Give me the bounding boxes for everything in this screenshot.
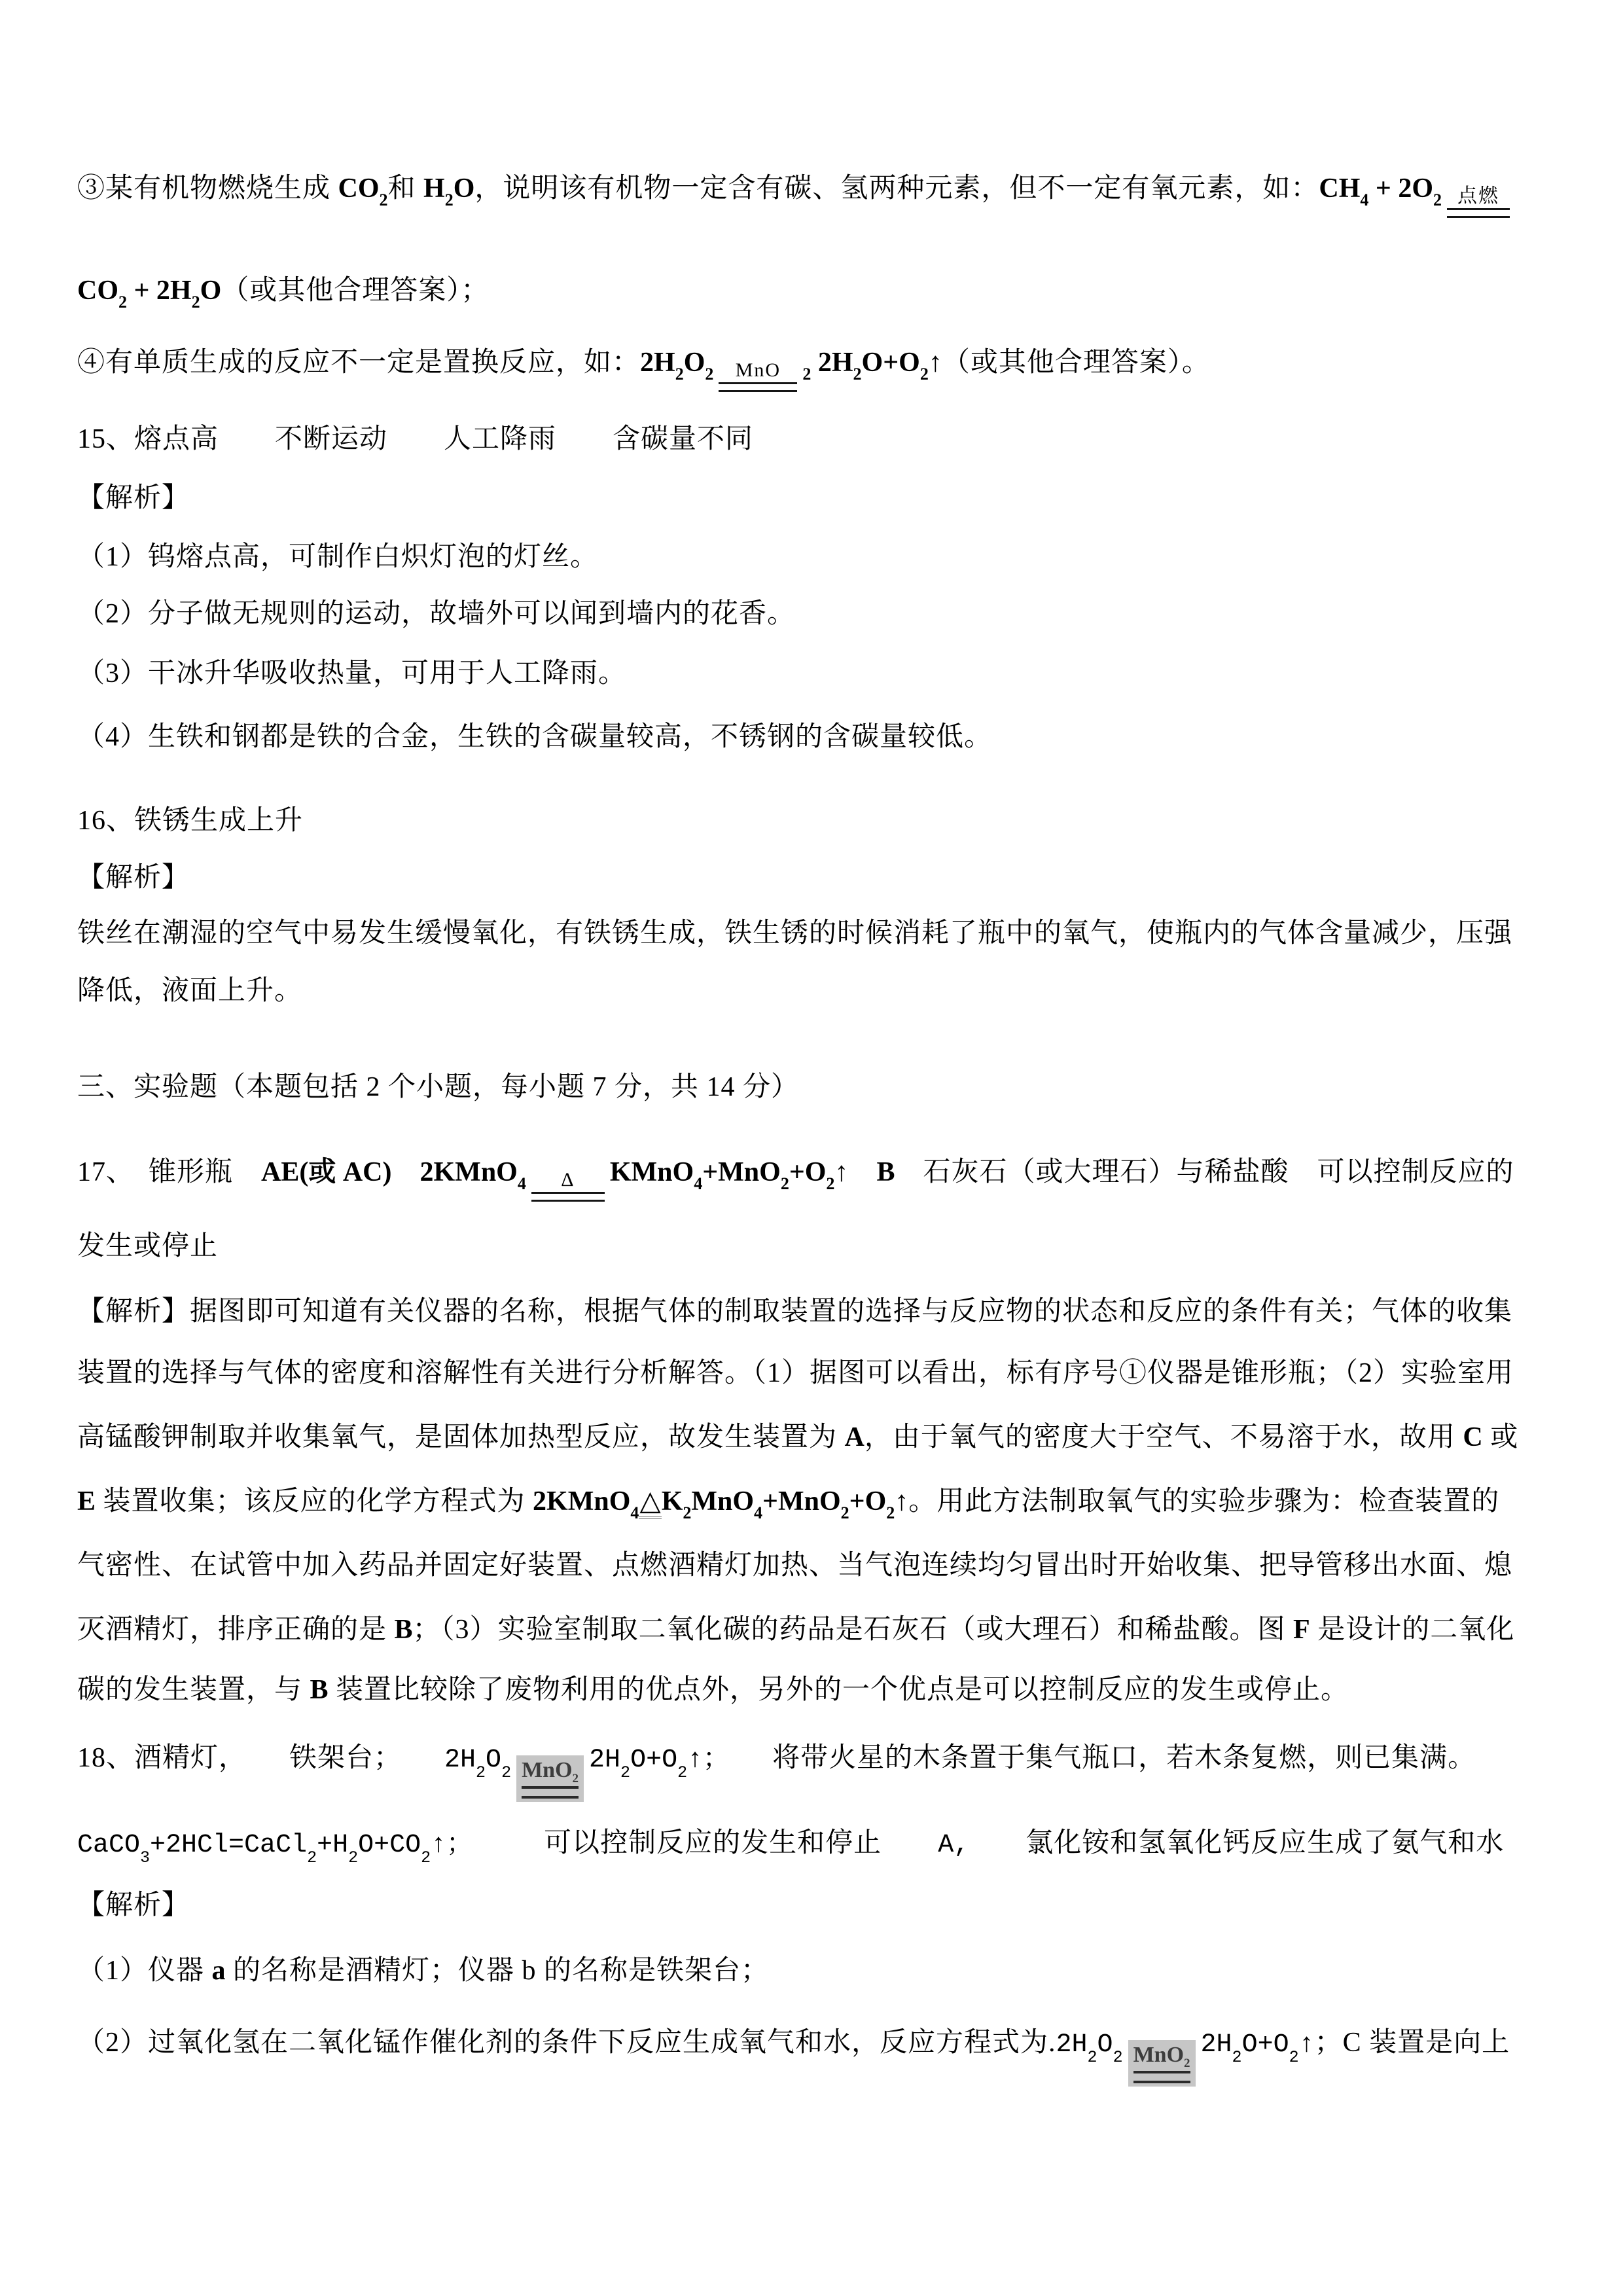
reaction-condition-stack: MnO2	[1128, 2040, 1196, 2087]
formula-subscript: 2	[781, 1174, 789, 1193]
text-run: 【解析】据图即可知道有关仪器的名称，根据气体的制取装置的选择与反应物的状态和反应…	[77, 1297, 1512, 1327]
text-run: 16、铁锈生成上升	[77, 806, 303, 836]
answer-item3-line2: CO2 + 2H2O（或其他合理答案）；	[77, 274, 489, 314]
text-run: 装置的选择与气体的密度和溶解性有关进行分析解答。（1）据图可以看出，标有序号①仪…	[77, 1358, 1514, 1388]
text-run: ，由于氧气的密度大于空气、不易溶于水，故用	[865, 1422, 1463, 1452]
typewriter-formula-subscript: 3	[140, 1848, 150, 1867]
formula-run: 2KMnO	[420, 1157, 518, 1187]
reaction-condition-text: MnO2	[522, 1757, 579, 1786]
text-run: （或其他合理答案）；	[221, 276, 489, 306]
q17-analysis-line1: 【解析】据图即可知道有关仪器的名称，根据气体的制取装置的选择与反应物的状态和反应…	[77, 1295, 1512, 1329]
formula-run: B	[395, 1615, 413, 1645]
double-line-equals	[719, 382, 797, 392]
text-run: 可以控制反应的发生和停止	[459, 1828, 938, 1858]
text-run: 发生或停止	[77, 1231, 218, 1261]
text-run: 18、酒精灯， 铁架台；	[77, 1743, 444, 1773]
double-line-equals	[1447, 208, 1510, 218]
q16-answer-line: 16、铁锈生成上升	[77, 804, 303, 838]
typewriter-formula-run: A,	[938, 1831, 969, 1860]
formula-run: 2KMnO	[533, 1486, 630, 1516]
text-run: 灭酒精灯，排序正确的是	[77, 1615, 395, 1645]
formula-run: F	[1293, 1615, 1310, 1645]
formula-run: C	[1463, 1422, 1482, 1452]
reaction-condition-subscript: 2	[1184, 2056, 1190, 2070]
formula-subscript: 2	[920, 365, 929, 384]
formula-run: CO	[338, 173, 380, 204]
text-run: （2）过氧化氢在二氧化锰作催化剂的条件下反应生成氧气和水，反应方程式为.	[77, 2028, 1056, 2058]
reaction-condition-text: 点燃	[1457, 185, 1499, 208]
typewriter-formula-subscript: 2	[307, 1848, 317, 1867]
formula-run: O+O	[862, 348, 920, 378]
typewriter-formula-subscript: 2	[348, 1848, 358, 1867]
q15-analysis-point2: （2）分子做无规则的运动，故墙外可以闻到墙内的花香。	[77, 597, 795, 632]
formula-subscript: 2	[683, 1503, 691, 1522]
formula-run: + 2O	[1368, 173, 1433, 204]
formula-subscript: 2	[826, 1174, 834, 1193]
text-run	[392, 1157, 420, 1187]
q18-answer-line1: 18、酒精灯， 铁架台； 2H2O2MnO22H2O+O2↑； 将带火星的木条置…	[77, 1741, 1476, 1802]
reaction-condition-subscript: 2	[573, 1772, 579, 1785]
typewriter-formula-subscript: 2	[1232, 2048, 1242, 2067]
text-run: 气密性、在试管中加入药品并固定好装置、点燃酒精灯加热、当气泡连续均匀冒出时开始收…	[77, 1551, 1512, 1581]
q17-analysis-line3: 高锰酸钾制取并收集氧气，是固体加热型反应，故发生装置为 A，由于氧气的密度大于空…	[77, 1420, 1518, 1455]
formula-run: +MnO	[762, 1486, 841, 1516]
formula-subscript: 2	[380, 190, 388, 209]
q17-answer-line1: 17、 锥形瓶 AE(或 AC) 2KMnO4ΔKMnO4+MnO2+O2↑ B…	[77, 1155, 1514, 1202]
text-run: （1）仪器	[77, 1956, 212, 1986]
formula-subscript: 4	[518, 1174, 526, 1193]
text-run: 15、熔点高 不断运动 人工降雨 含碳量不同	[77, 424, 753, 454]
text-run: 铁丝在潮湿的空气中易发生缓慢氧化，有铁锈生成，铁生锈的时候消耗了瓶中的氧气，使瓶…	[77, 918, 1512, 948]
text-run: 的名称是酒精灯；仪器 b 的名称是铁架台；	[226, 1956, 770, 1986]
formula-run: MnO	[691, 1486, 754, 1516]
formula-subscript: 4	[1360, 190, 1368, 209]
text-run: 和	[388, 173, 424, 204]
q18-analysis-label: 【解析】	[77, 1888, 190, 1923]
q17-analysis-line2: 装置的选择与气体的密度和溶解性有关进行分析解答。（1）据图可以看出，标有序号①仪…	[77, 1356, 1514, 1391]
text-run: 碳的发生装置，与	[77, 1675, 310, 1705]
text-run: 17、 锥形瓶	[77, 1157, 261, 1187]
formula-subscript: 2	[841, 1503, 849, 1522]
reaction-condition-stack: Δ	[531, 1169, 605, 1202]
formula-run: 2H	[640, 348, 675, 378]
text-run: 【解析】	[77, 863, 190, 893]
typewriter-formula-run: ↑；	[431, 1831, 459, 1860]
text-run: 是设计的二氧化	[1310, 1615, 1515, 1645]
typewriter-formula-run: O	[486, 1746, 501, 1775]
q17-analysis-line5: 气密性、在试管中加入药品并固定好装置、点燃酒精灯加热、当气泡连续均匀冒出时开始收…	[77, 1549, 1512, 1583]
formula-run: CO	[77, 276, 118, 306]
typewriter-formula-run: O	[1097, 2030, 1113, 2060]
typewriter-formula-subscript: 2	[677, 1763, 687, 1782]
text-run: （3）干冰升华吸收热量，可用于人工降雨。	[77, 658, 626, 689]
double-line-equals	[1133, 2071, 1190, 2083]
formula-run: O	[684, 348, 705, 378]
text-run: 降低，液面上升。	[77, 976, 302, 1006]
q17-answer-line2: 发生或停止	[77, 1229, 218, 1264]
formula-subscript: 2	[802, 365, 811, 384]
formula-subscript: 2	[192, 293, 200, 312]
q16-analysis-line2: 降低，液面上升。	[77, 974, 302, 1009]
q16-analysis-label: 【解析】	[77, 861, 190, 895]
text-run: 氯化铵和氢氧化钙反应生成了氨气和水	[969, 1828, 1504, 1858]
text-run: ；C 装置是向上	[1315, 2028, 1510, 2058]
double-line-equals	[522, 1786, 579, 1799]
reaction-condition-stack: 点燃	[1447, 185, 1510, 218]
text-run: 三、实验题（本题包括 2 个小题，每小题 7 分，共 14 分）	[77, 1072, 799, 1102]
formula-run: E	[77, 1486, 96, 1516]
double-line-equals	[531, 1192, 605, 1202]
text-run: 将带火星的木条置于集气瓶口，若木条复燃，则已集满。	[716, 1743, 1476, 1773]
text-run: 装置收集；该反应的化学方程式为	[96, 1486, 533, 1516]
formula-subscript: 2	[675, 365, 684, 384]
reaction-condition-stack: MnO	[719, 359, 797, 392]
typewriter-formula-run: O+O	[1242, 2030, 1289, 2060]
typewriter-formula-subscript: 2	[1113, 2048, 1123, 2067]
formula-run: CH	[1319, 173, 1360, 204]
typewriter-formula-run: +2HCl=CaCl	[150, 1831, 307, 1860]
formula-run: B	[310, 1675, 329, 1705]
formula-run: KMnO	[610, 1157, 694, 1187]
q15-analysis-label: 【解析】	[77, 481, 190, 516]
formula-run: ↑	[834, 1157, 848, 1187]
q17-analysis-line7: 碳的发生装置，与 B 装置比较除了废物利用的优点外，另外的一个优点是可以控制反应…	[77, 1673, 1349, 1708]
text-run: ；（3）实验室制取二氧化碳的药品是石灰石（或大理石）和稀盐酸。图	[413, 1615, 1294, 1645]
reaction-condition-text: MnO	[736, 359, 781, 382]
text-run: 高锰酸钾制取并收集氧气，是固体加热型反应，故发生装置为	[77, 1422, 845, 1452]
formula-run: K	[662, 1486, 683, 1516]
q15-analysis-point3: （3）干冰升华吸收热量，可用于人工降雨。	[77, 656, 626, 691]
typewriter-formula-subscript: 2	[620, 1763, 630, 1782]
formula-run: AE(或 AC)	[261, 1157, 391, 1187]
typewriter-formula-run: 2H	[589, 1746, 620, 1775]
typewriter-formula-run: 2H	[444, 1746, 476, 1775]
text-run: 石灰石（或大理石）与稀盐酸 可以控制反应的	[895, 1157, 1514, 1187]
formula-run: B	[876, 1157, 895, 1187]
formula-run: ↑	[895, 1486, 908, 1516]
formula-run: O	[454, 173, 475, 204]
typewriter-formula-run: 2H	[1056, 2030, 1088, 2060]
formula-run: 2H	[811, 348, 853, 378]
formula-run: +MnO	[702, 1157, 781, 1187]
formula-run: A	[845, 1422, 865, 1452]
q15-analysis-point4: （4）生铁和钢都是铁的合金，生铁的含碳量较高，不锈钢的含碳量较低。	[77, 720, 992, 755]
q18-answer-line2: CaCO3+2HCl=CaCl2+H2O+CO2↑； 可以控制反应的发生和停止 …	[77, 1826, 1504, 1868]
formula-run: +O	[789, 1157, 827, 1187]
typewriter-formula-run: ↑	[1299, 2030, 1315, 2060]
typewriter-formula-run: O+O	[630, 1746, 677, 1775]
q15-answer-line: 15、熔点高 不断运动 人工降雨 含碳量不同	[77, 422, 753, 457]
formula-subscript: 2	[1433, 190, 1442, 209]
formula-run: O	[200, 276, 222, 306]
typewriter-formula-run: ↑；	[687, 1746, 716, 1775]
formula-run: +O	[849, 1486, 887, 1516]
typewriter-formula-run: 2H	[1201, 2030, 1232, 2060]
formula-subscript: 4	[694, 1174, 702, 1193]
text-run: 【解析】	[77, 483, 190, 513]
q15-analysis-point1: （1）钨熔点高，可制作白炽灯泡的灯丝。	[77, 540, 598, 575]
typewriter-formula-subscript: 2	[501, 1763, 511, 1782]
text-run: （1）钨熔点高，可制作白炽灯泡的灯丝。	[77, 542, 598, 572]
reaction-condition-text: MnO2	[1133, 2042, 1190, 2071]
typewriter-formula-run: CaCO	[77, 1831, 140, 1860]
q16-analysis-line1: 铁丝在潮湿的空气中易发生缓慢氧化，有铁锈生成，铁生锈的时候消耗了瓶中的氧气，使瓶…	[77, 916, 1512, 951]
typewriter-formula-subscript: 2	[476, 1763, 486, 1782]
reaction-condition-text: Δ	[561, 1169, 575, 1192]
text-run: 装置比较除了废物利用的优点外，另外的一个优点是可以控制反应的发生或停止。	[329, 1675, 1349, 1705]
document-page: ③某有机物燃烧生成 CO2和 H2O，说明该有机物一定含有碳、氢两种元素，但不一…	[0, 0, 1623, 2296]
text-run: ④有单质生成的反应不一定是置换反应，如：	[77, 348, 640, 378]
text-run: （或其他合理答案）。	[942, 348, 1210, 378]
text-run: ，说明该有机物一定含有碳、氢两种元素，但不一定有氧元素，如：	[474, 173, 1319, 204]
text-run: ③某有机物燃烧生成	[77, 173, 338, 204]
typewriter-formula-subscript: 2	[1289, 2048, 1299, 2067]
delta-condition-inline: △	[639, 1486, 661, 1519]
q18-analysis-point1: （1）仪器 a 的名称是酒精灯；仪器 b 的名称是铁架台；	[77, 1954, 769, 1988]
typewriter-formula-subscript: 2	[1088, 2048, 1097, 2067]
text-run: 【解析】	[77, 1890, 190, 1920]
formula-subscript: 2	[118, 293, 127, 312]
formula-run: a	[212, 1956, 226, 1986]
q18-analysis-point2: （2）过氧化氢在二氧化锰作催化剂的条件下反应生成氧气和水，反应方程式为.2H2O…	[77, 2026, 1510, 2087]
reaction-condition-stack: MnO2	[516, 1755, 584, 1802]
text-run: 或	[1483, 1422, 1519, 1452]
typewriter-formula-subscript: 2	[421, 1848, 431, 1867]
text-run: 。用此方法制取氧气的实验步骤为：检查装置的	[908, 1486, 1499, 1516]
text-run	[848, 1157, 876, 1187]
formula-subscript: 2	[853, 365, 862, 384]
answer-item3-line1: ③某有机物燃烧生成 CO2和 H2O，说明该有机物一定含有碳、氢两种元素，但不一…	[77, 171, 1515, 218]
formula-run: H	[423, 173, 445, 204]
q17-analysis-line4: E 装置收集；该反应的化学方程式为 2KMnO4△K2MnO4+MnO2+O2↑…	[77, 1484, 1499, 1524]
formula-subscript: 4	[630, 1503, 639, 1522]
answer-item4-line: ④有单质生成的反应不一定是置换反应，如：2H2O2MnO2 2H2O+O2↑（或…	[77, 346, 1210, 392]
typewriter-formula-run: +H	[317, 1831, 348, 1860]
text-run: （4）生铁和钢都是铁的合金，生铁的含碳量较高，不锈钢的含碳量较低。	[77, 722, 992, 752]
formula-run: ↑	[929, 348, 942, 378]
formula-subscript: 2	[445, 190, 454, 209]
formula-subscript: 4	[754, 1503, 762, 1522]
text-run: （2）分子做无规则的运动，故墙外可以闻到墙内的花香。	[77, 599, 795, 629]
section3-header: 三、实验题（本题包括 2 个小题，每小题 7 分，共 14 分）	[77, 1070, 799, 1105]
typewriter-formula-run: O+CO	[358, 1831, 421, 1860]
formula-subscript: 2	[886, 1503, 895, 1522]
formula-run: + 2H	[127, 276, 192, 306]
q17-analysis-line6: 灭酒精灯，排序正确的是 B；（3）实验室制取二氧化碳的药品是石灰石（或大理石）和…	[77, 1613, 1514, 1647]
formula-subscript: 2	[705, 365, 713, 384]
